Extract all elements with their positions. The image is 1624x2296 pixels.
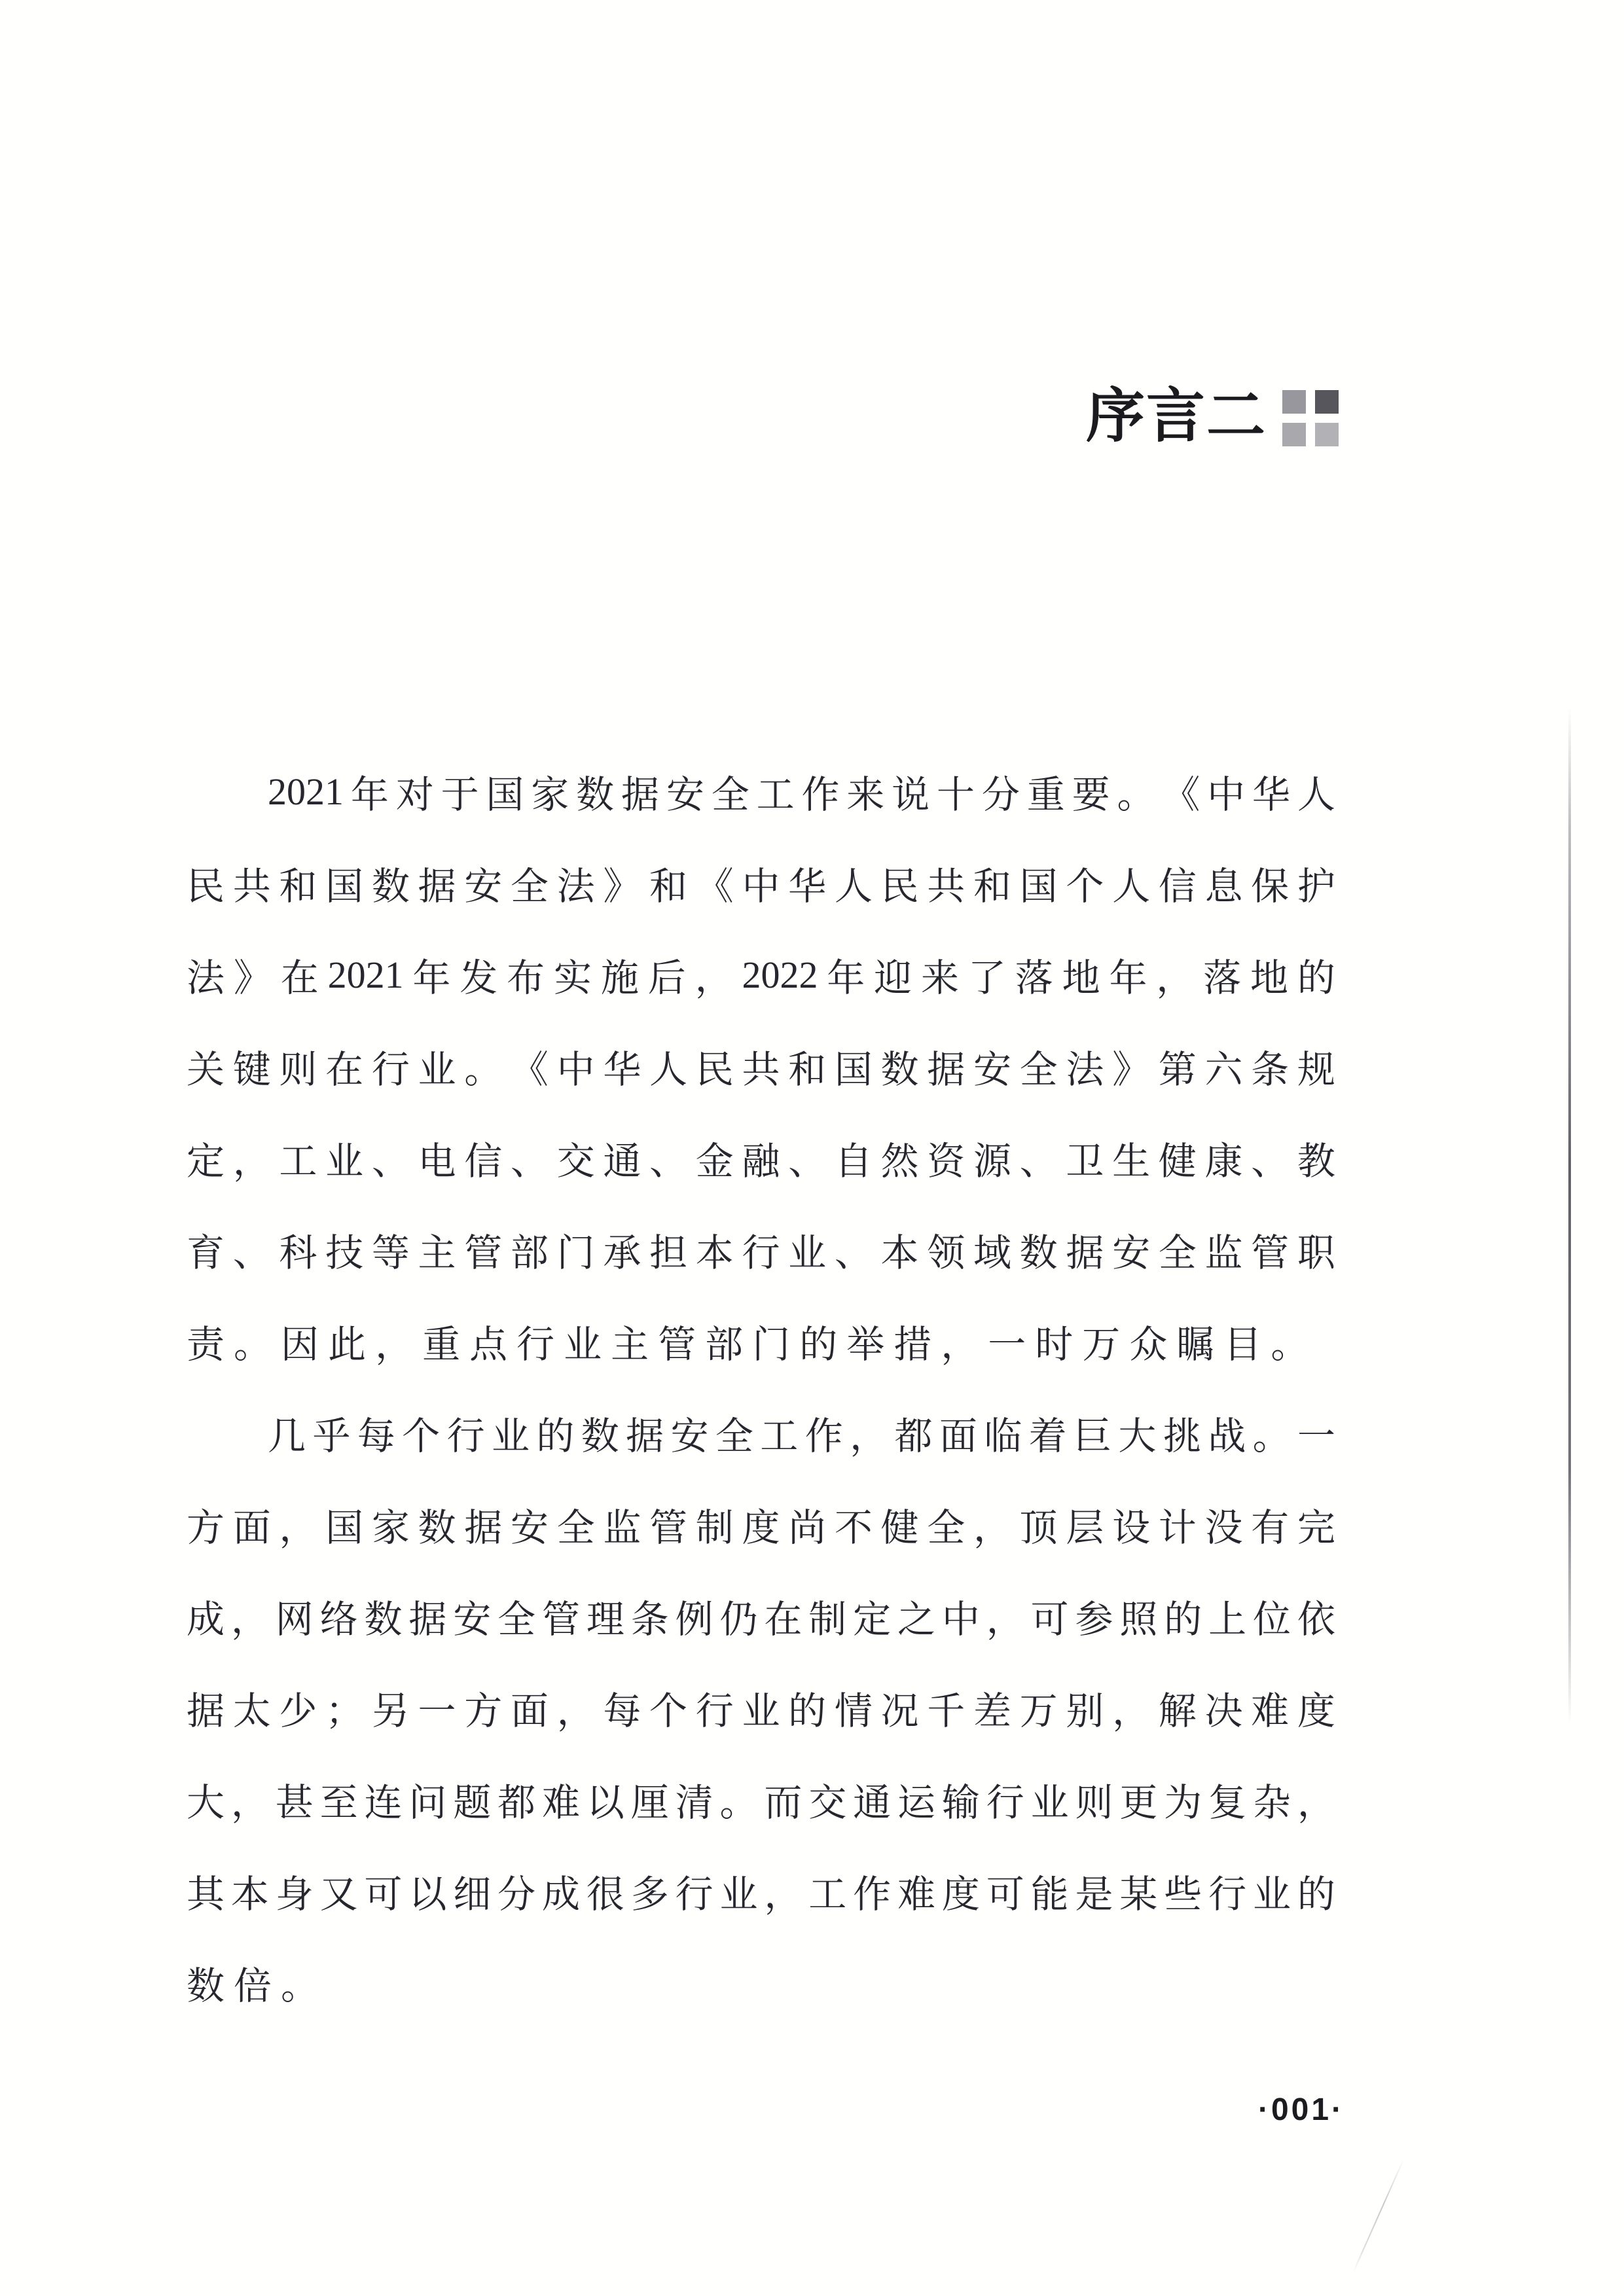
text-line: 法》在2021年发布实施后，2022年迎来了落地年，落地的 xyxy=(187,929,1335,1020)
text-line: 其本身又可以细分成很多行业，工作难度可能是某些行业的 xyxy=(187,1845,1335,1937)
title-squares-ornament-icon xyxy=(1282,390,1339,446)
book-page: 序言二 2021年对于国家数据安全工作来说十分重要。《中华人 民共和国数据安全法… xyxy=(0,0,1624,2296)
text-line: 据太少；另一方面，每个行业的情况千差万别，解决难度 xyxy=(187,1662,1335,1753)
ornament-square-top-right xyxy=(1315,390,1339,414)
text-line: 成，网络数据安全管理条例仍在制定之中，可参照的上位依 xyxy=(187,1570,1335,1662)
scan-edge-line-artifact xyxy=(1568,707,1571,1725)
ornament-square-bottom-left xyxy=(1282,423,1306,446)
text-line: 数倍。 xyxy=(187,1937,1335,2028)
text-line: 几乎每个行业的数据安全工作，都面临着巨大挑战。一 xyxy=(187,1387,1335,1479)
text-line: 大，甚至连问题都难以厘清。而交通运输行业则更为复杂， xyxy=(187,1753,1335,1845)
chapter-title-row: 序言二 xyxy=(1086,385,1339,448)
text-line: 责。因此，重点行业主管部门的举措，一时万众瞩目。 xyxy=(187,1295,1335,1387)
preface-body: 2021年对于国家数据安全工作来说十分重要。《中华人 民共和国数据安全法》和《中… xyxy=(187,745,1335,2028)
page-number: ·001· xyxy=(1236,2092,1367,2128)
ornament-square-bottom-right xyxy=(1315,423,1339,446)
text-line: 方面，国家数据安全监管制度尚不健全，顶层设计没有完 xyxy=(187,1479,1335,1570)
text-line: 定，工业、电信、交通、金融、自然资源、卫生健康、教 xyxy=(187,1112,1335,1204)
text-line: 民共和国数据安全法》和《中华人民共和国个人信息保护 xyxy=(187,837,1335,929)
text-line: 育、科技等主管部门承担本行业、本领域数据安全监管职 xyxy=(187,1204,1335,1295)
page-title: 序言二 xyxy=(1086,385,1267,448)
scan-scratch-artifact xyxy=(1352,2159,1404,2272)
text-line: 关键则在行业。《中华人民共和国数据安全法》第六条规 xyxy=(187,1020,1335,1112)
ornament-square-top-left xyxy=(1282,390,1306,414)
text-line: 2021年对于国家数据安全工作来说十分重要。《中华人 xyxy=(187,745,1335,837)
